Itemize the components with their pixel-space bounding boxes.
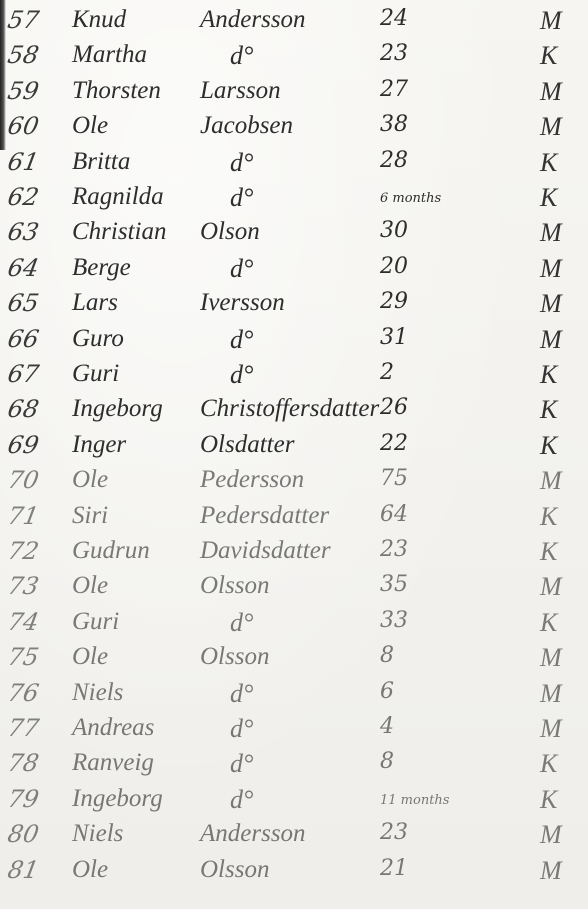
- given-name: Christian: [72, 218, 202, 246]
- age: 23: [380, 537, 490, 562]
- ledger-row: 65LarsIversson29M: [0, 289, 588, 325]
- age: 8: [380, 749, 490, 774]
- sex-mark: M: [540, 820, 588, 850]
- ledger-row: 64Berged°20M: [0, 254, 588, 290]
- entry-number: 63: [6, 218, 61, 246]
- sex-mark: K: [540, 431, 588, 461]
- given-name: Ole: [72, 856, 202, 884]
- given-name: Inger: [72, 431, 202, 459]
- sex-mark: M: [540, 572, 588, 602]
- entry-number: 73: [6, 572, 61, 600]
- given-name: Gudrun: [72, 537, 202, 565]
- ledger-row: 78Ranveigd°8K: [0, 749, 588, 785]
- surname: Iversson: [200, 289, 390, 317]
- surname: Christoffersdatter: [200, 395, 390, 423]
- ledger-row: 80NielsAndersson23M: [0, 820, 588, 856]
- age: 30: [380, 218, 490, 243]
- given-name: Ole: [72, 466, 202, 494]
- ledger-row: 68IngeborgChristoffersdatter26K: [0, 395, 588, 431]
- entry-number: 65: [6, 289, 61, 317]
- age: 26: [380, 395, 490, 420]
- sex-mark: K: [540, 502, 588, 532]
- sex-mark: M: [540, 112, 588, 142]
- ledger-row: 60OleJacobsen38M: [0, 112, 588, 148]
- ledger-row: 58Marthad°23K: [0, 41, 588, 77]
- age: 21: [380, 856, 490, 881]
- ledger-row: 69IngerOlsdatter22K: [0, 431, 588, 467]
- entry-number: 77: [6, 714, 61, 742]
- given-name: Andreas: [72, 714, 202, 742]
- entry-number: 78: [6, 749, 61, 777]
- given-name: Ole: [72, 572, 202, 600]
- age: 6: [380, 679, 490, 704]
- ledger-row: 61Brittad°28K: [0, 148, 588, 184]
- given-name: Siri: [72, 502, 202, 530]
- entry-number: 79: [6, 785, 61, 813]
- given-name: Guri: [72, 360, 202, 388]
- entry-number: 61: [6, 148, 61, 176]
- ledger-row: 57KnudAndersson24M: [0, 6, 588, 42]
- given-name: Berge: [72, 254, 202, 282]
- entry-number: 71: [6, 502, 61, 530]
- given-name: Ranveig: [72, 749, 202, 777]
- entry-number: 59: [6, 77, 61, 105]
- surname: Olsson: [200, 856, 390, 884]
- age: 28: [380, 148, 490, 173]
- sex-mark: K: [540, 148, 588, 178]
- surname: Olson: [200, 218, 390, 246]
- surname: Olsson: [200, 643, 390, 671]
- sex-mark: K: [540, 395, 588, 425]
- age: 64: [380, 502, 490, 527]
- ledger-row: 67Gurid°2K: [0, 360, 588, 396]
- age: 2: [380, 360, 490, 385]
- age: 4: [380, 714, 490, 739]
- sex-mark: M: [540, 466, 588, 496]
- entry-number: 64: [6, 254, 61, 282]
- ledger-row: 66Gurod°31M: [0, 325, 588, 361]
- ledger-row: 72GudrunDavidsdatter23K: [0, 537, 588, 573]
- sex-mark: K: [540, 183, 588, 213]
- entry-number: 68: [6, 395, 61, 423]
- entry-number: 74: [6, 608, 61, 636]
- age: 6 months: [380, 191, 490, 206]
- entry-number: 70: [6, 466, 61, 494]
- ledger-row: 76Nielsd°6M: [0, 679, 588, 715]
- surname: Larsson: [200, 77, 390, 105]
- sex-mark: K: [540, 537, 588, 567]
- entry-number: 75: [6, 643, 61, 671]
- ledger-row: 81OleOlsson21M: [0, 856, 588, 892]
- ledger-page: 57KnudAndersson24M58Marthad°23K59Thorste…: [0, 0, 588, 909]
- sex-mark: M: [540, 254, 588, 284]
- given-name: Thorsten: [72, 77, 202, 105]
- age: 20: [380, 254, 490, 279]
- ledger-row: 73OleOlsson35M: [0, 572, 588, 608]
- age: 29: [380, 289, 490, 314]
- ledger-row: 59ThorstenLarsson27M: [0, 77, 588, 113]
- entry-number: 62: [6, 183, 61, 211]
- ledger-row: 77Andreasd°4M: [0, 714, 588, 750]
- surname: Pedersson: [200, 466, 390, 494]
- sex-mark: M: [540, 6, 588, 36]
- age: 24: [380, 6, 490, 31]
- ledger-row: 63ChristianOlson30M: [0, 218, 588, 254]
- sex-mark: M: [540, 643, 588, 673]
- given-name: Guro: [72, 325, 202, 353]
- ledger-row: 79Ingeborgd°11 monthsK: [0, 785, 588, 821]
- sex-mark: K: [540, 785, 588, 815]
- given-name: Niels: [72, 679, 202, 707]
- given-name: Knud: [72, 6, 202, 34]
- given-name: Niels: [72, 820, 202, 848]
- entry-number: 67: [6, 360, 61, 388]
- age: 22: [380, 431, 490, 456]
- surname: Pedersdatter: [200, 502, 390, 530]
- entry-number: 60: [6, 112, 61, 140]
- given-name: Britta: [72, 148, 202, 176]
- surname: Davidsdatter: [200, 537, 390, 565]
- surname: Jacobsen: [200, 112, 390, 140]
- sex-mark: K: [540, 41, 588, 71]
- entry-number: 57: [6, 6, 61, 34]
- given-name: Ingeborg: [72, 785, 202, 813]
- surname: Andersson: [200, 6, 390, 34]
- entry-number: 69: [6, 431, 61, 459]
- age: 23: [380, 820, 490, 845]
- sex-mark: M: [540, 289, 588, 319]
- entry-number: 76: [6, 679, 61, 707]
- sex-mark: M: [540, 679, 588, 709]
- entry-number: 72: [6, 537, 61, 565]
- age: 27: [380, 77, 490, 102]
- given-name: Guri: [72, 608, 202, 636]
- given-name: Ragnilda: [72, 183, 202, 211]
- given-name: Ole: [72, 112, 202, 140]
- entry-number: 80: [6, 820, 61, 848]
- age: 35: [380, 572, 490, 597]
- given-name: Ingeborg: [72, 395, 202, 423]
- age: 31: [380, 325, 490, 350]
- entry-number: 58: [6, 41, 61, 69]
- sex-mark: M: [540, 856, 588, 886]
- sex-mark: M: [540, 77, 588, 107]
- sex-mark: K: [540, 360, 588, 390]
- ledger-row: 70OlePedersson75M: [0, 466, 588, 502]
- age: 23: [380, 41, 490, 66]
- sex-mark: M: [540, 714, 588, 744]
- age: 8: [380, 643, 490, 668]
- sex-mark: M: [540, 325, 588, 355]
- ledger-row: 71SiriPedersdatter64K: [0, 502, 588, 538]
- age: 11 months: [380, 793, 490, 808]
- ledger-row: 75OleOlsson8M: [0, 643, 588, 679]
- surname: Andersson: [200, 820, 390, 848]
- sex-mark: K: [540, 608, 588, 638]
- age: 38: [380, 112, 490, 137]
- surname: Olsson: [200, 572, 390, 600]
- surname: Olsdatter: [200, 431, 390, 459]
- sex-mark: K: [540, 749, 588, 779]
- age: 75: [380, 466, 490, 491]
- ledger-row: 74Gurid°33K: [0, 608, 588, 644]
- entry-number: 66: [6, 325, 61, 353]
- given-name: Lars: [72, 289, 202, 317]
- age: 33: [380, 608, 490, 633]
- ledger-row: 62Ragnildad°6 monthsK: [0, 183, 588, 219]
- entry-number: 81: [6, 856, 61, 884]
- given-name: Martha: [72, 41, 202, 69]
- sex-mark: M: [540, 218, 588, 248]
- given-name: Ole: [72, 643, 202, 671]
